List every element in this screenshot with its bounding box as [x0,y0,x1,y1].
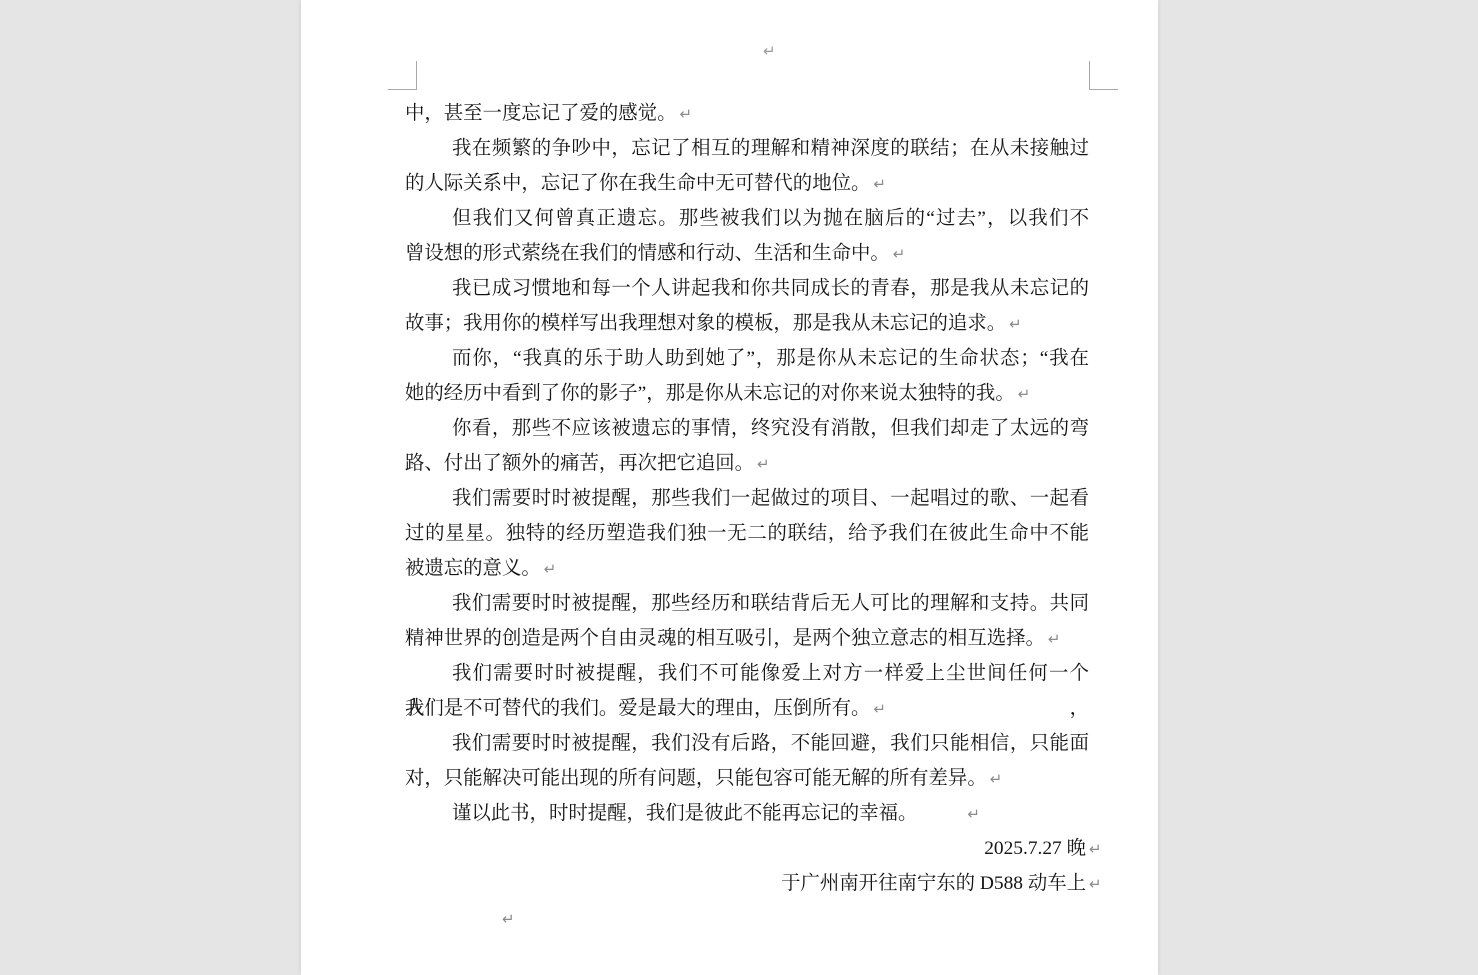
text-line[interactable]: 你看，那些不应该被遗忘的事情，终究没有消散，但我们却走了太远的弯 [405,411,1089,446]
text-line[interactable]: 我们需要时时被提醒，我们没有后路，不能回避，我们只能相信，只能面 [405,726,1089,761]
text-line-content: 精神世界的创造是两个自由灵魂的相互吸引，是两个独立意志的相互选择。 [405,628,1045,649]
text-boundary-corner-top-right [1089,61,1118,90]
paragraph-mark: ↵ [541,552,544,587]
text-line-content: 我已成习惯地和每一个人讲起我和你共同成长的青春，那是我从未忘记的 [452,278,1089,299]
paragraph: 我们需要时时被提醒，那些经历和联结背后无人可比的理解和支持。共同精神世界的创造是… [405,586,1089,656]
text-line-content: 我在频繁的争吵中，忘记了相互的理解和精神深度的联结；在从未接触过 [452,138,1089,159]
text-line[interactable]: 路、付出了额外的痛苦，再次把它追回。↵ [405,446,1089,481]
paragraph-mark: ↵ [1006,307,1009,342]
paragraph-mark: ↵ [870,167,873,202]
text-line-content: 故事；我用你的模样写出我理想对象的模板，那是我从未忘记的追求。 [405,313,1006,334]
text-boundary-corner-top-left [388,61,417,90]
text-line[interactable]: 对，只能解决可能出现的所有问题，只能包容可能无解的所有差异。↵ [405,761,1089,796]
paragraph-mark: ↵ [917,797,920,832]
text-line[interactable]: 2025.7.27 晚↵ [405,831,1089,866]
text-line-content: 的人际关系中，忘记了你在我生命中无可替代的地位。 [405,173,870,194]
text-line[interactable]: 中，甚至一度忘记了爱的感觉。↵ [405,96,1089,131]
paragraph: 我已成习惯地和每一个人讲起我和你共同成长的青春，那是我从未忘记的故事；我用你的模… [405,271,1089,341]
paragraph: 中，甚至一度忘记了爱的感觉。↵ [405,96,1089,131]
text-line[interactable]: 我已成习惯地和每一个人讲起我和你共同成长的青春，那是我从未忘记的 [405,271,1089,306]
text-line-content: 对，只能解决可能出现的所有问题，只能包容可能无解的所有差异。 [405,768,987,789]
document-canvas: ↵ 中，甚至一度忘记了爱的感觉。↵我在频繁的争吵中，忘记了相互的理解和精神深度的… [0,0,1478,975]
text-line-content: 她的经历中看到了你的影子”，那是你从未忘记的对你来说太独特的我。 [405,383,1015,404]
text-line-content: 我们是不可替代的我们。爱是最大的理由，压倒所有。 [405,698,870,719]
text-line[interactable]: 过的星星。独特的经历塑造我们独一无二的联结，给予我们在彼此生命中不能 [405,516,1089,551]
header-paragraph-mark: ↵ [763,44,776,59]
text-line[interactable]: 被遗忘的意义。↵ [405,551,1089,586]
page[interactable]: ↵ 中，甚至一度忘记了爱的感觉。↵我在频繁的争吵中，忘记了相互的理解和精神深度的… [301,0,1158,975]
text-line[interactable]: 我们需要时时被提醒，那些我们一起做过的项目、一起唱过的歌、一起看 [405,481,1089,516]
text-line-content: 被遗忘的意义。 [405,558,541,579]
paragraph-mark: ↵ [676,97,679,132]
text-line[interactable]: 谨以此书，时时提醒，我们是彼此不能再忘记的幸福。↵ [405,796,1089,831]
text-line[interactable]: 于广州南开往南宁东的 D588 动车上↵ [405,866,1089,901]
text-line-content: 谨以此书，时时提醒，我们是彼此不能再忘记的幸福。 [452,803,917,824]
paragraph-mark: ↵ [1045,622,1048,657]
paragraph-mark: ↵ [870,692,873,727]
text-line[interactable]: 我在频繁的争吵中，忘记了相互的理解和精神深度的联结；在从未接触过 [405,131,1089,166]
text-line-content: 路、付出了额外的痛苦，再次把它追回。 [405,453,754,474]
paragraph: 我在频繁的争吵中，忘记了相互的理解和精神深度的联结；在从未接触过的人际关系中，忘… [405,131,1089,201]
text-line-content: 中，甚至一度忘记了爱的感觉。 [405,103,676,124]
text-line-content: 曾设想的形式萦绕在我们的情感和行动、生活和生命中。 [405,243,890,264]
text-line-content: 我们需要时时被提醒，那些我们一起做过的项目、一起唱过的歌、一起看 [452,488,1089,509]
paragraph-mark: ↵ [1015,377,1018,412]
paragraph: 我们需要时时被提醒，那些我们一起做过的项目、一起唱过的歌、一起看过的星星。独特的… [405,481,1089,586]
paragraph-mark: ↵ [1086,867,1089,902]
text-line[interactable]: 曾设想的形式萦绕在我们的情感和行动、生活和生命中。↵ [405,236,1089,271]
paragraph: ↵ [405,901,1089,936]
text-line-content: 你看，那些不应该被遗忘的事情，终究没有消散，但我们却走了太远的弯 [452,418,1089,439]
text-line[interactable]: 我们需要时时被提醒，我们不可能像爱上对方一样爱上尘世间任何一个人， [405,656,1089,691]
text-line[interactable]: ↵ [405,901,1089,936]
text-line-content: 而你，“我真的乐于助人助到她了”，那是你从未忘记的生命状态；“我在 [452,348,1089,369]
paragraph-mark: ↵ [1086,832,1089,867]
text-line-content: 于广州南开往南宁东的 D588 动车上 [781,873,1086,894]
text-line-content: 但我们又何曾真正遗忘。那些被我们以为抛在脑后的“过去”，以我们不 [452,208,1089,229]
paragraph-mark: ↵ [890,237,893,272]
text-line[interactable]: 的人际关系中，忘记了你在我生命中无可替代的地位。↵ [405,166,1089,201]
paragraph: 你看，那些不应该被遗忘的事情，终究没有消散，但我们却走了太远的弯路、付出了额外的… [405,411,1089,481]
paragraph: 而你，“我真的乐于助人助到她了”，那是你从未忘记的生命状态；“我在她的经历中看到… [405,341,1089,411]
text-line[interactable]: 而你，“我真的乐于助人助到她了”，那是你从未忘记的生命状态；“我在 [405,341,1089,376]
paragraph: 但我们又何曾真正遗忘。那些被我们以为抛在脑后的“过去”，以我们不曾设想的形式萦绕… [405,201,1089,271]
paragraph: 于广州南开往南宁东的 D588 动车上↵ [405,866,1089,901]
text-line[interactable]: 故事；我用你的模样写出我理想对象的模板，那是我从未忘记的追求。↵ [405,306,1089,341]
text-line-content: 我们需要时时被提醒，我们没有后路，不能回避，我们只能相信，只能面 [452,733,1089,754]
text-line[interactable]: 我们需要时时被提醒，那些经历和联结背后无人可比的理解和支持。共同 [405,586,1089,621]
paragraph: 谨以此书，时时提醒，我们是彼此不能再忘记的幸福。↵ [405,796,1089,831]
paragraph-mark: ↵ [987,762,990,797]
text-line[interactable]: 她的经历中看到了你的影子”，那是你从未忘记的对你来说太独特的我。↵ [405,376,1089,411]
paragraph: 我们需要时时被提醒，我们没有后路，不能回避，我们只能相信，只能面对，只能解决可能… [405,726,1089,796]
text-line[interactable]: 精神世界的创造是两个自由灵魂的相互吸引，是两个独立意志的相互选择。↵ [405,621,1089,656]
text-line-content: 我们需要时时被提醒，那些经历和联结背后无人可比的理解和支持。共同 [452,593,1089,614]
text-line-content: 过的星星。独特的经历塑造我们独一无二的联结，给予我们在彼此生命中不能 [405,523,1089,544]
paragraph-mark: ↵ [754,447,757,482]
paragraph: 2025.7.27 晚↵ [405,831,1089,866]
document-body[interactable]: 中，甚至一度忘记了爱的感觉。↵我在频繁的争吵中，忘记了相互的理解和精神深度的联结… [405,96,1089,936]
paragraph-mark: ↵ [452,902,455,937]
text-line[interactable]: 但我们又何曾真正遗忘。那些被我们以为抛在脑后的“过去”，以我们不 [405,201,1089,236]
text-line-content: 2025.7.27 晚 [984,838,1086,859]
paragraph: 我们需要时时被提醒，我们不可能像爱上对方一样爱上尘世间任何一个人，我们是不可替代… [405,656,1089,726]
